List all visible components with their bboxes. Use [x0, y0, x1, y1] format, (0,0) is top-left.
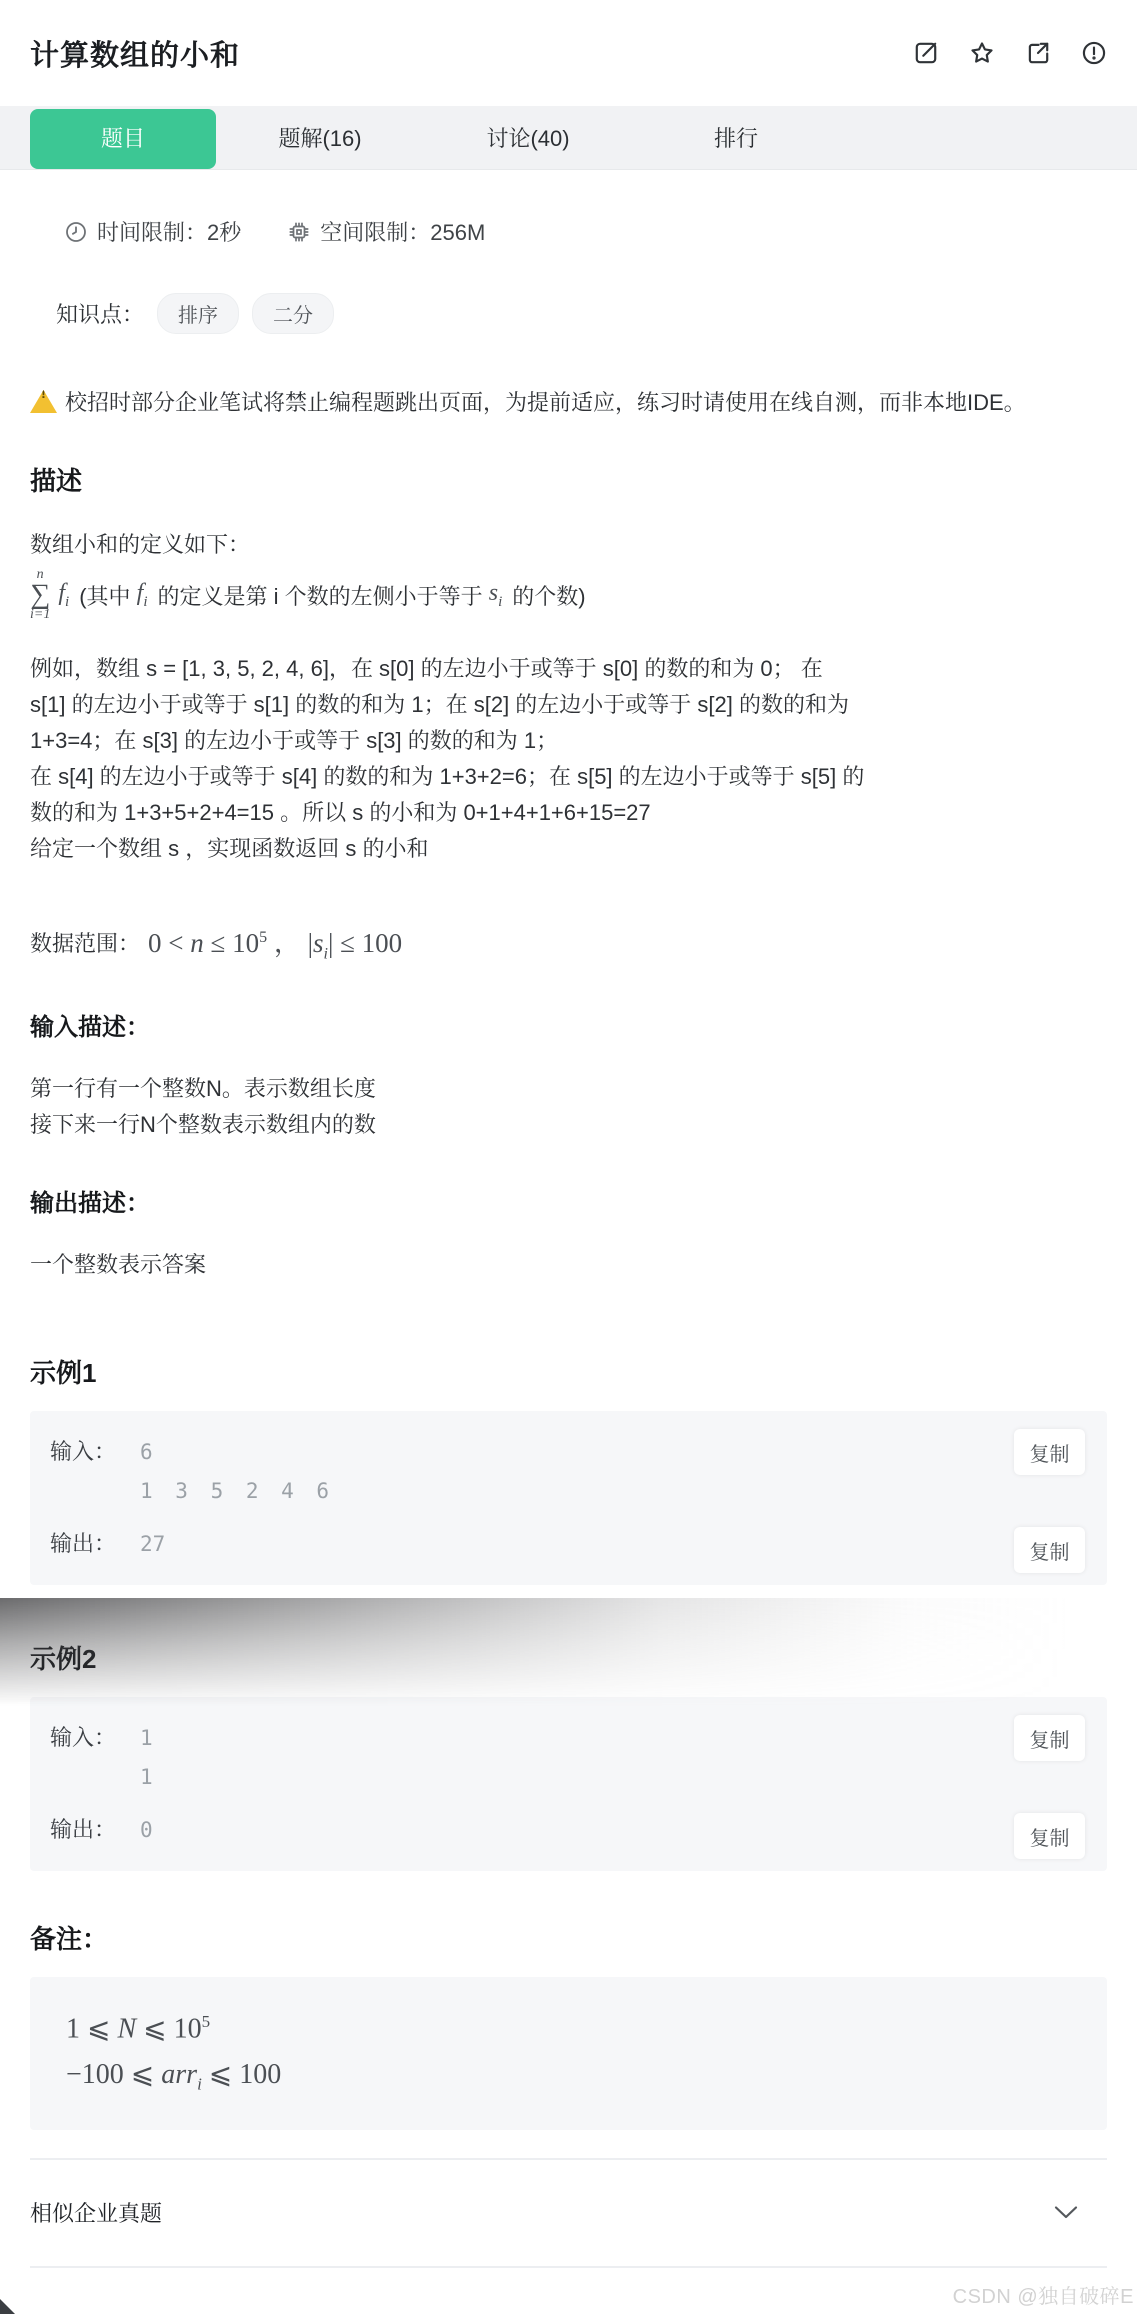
limits-row: 时间限制：2秒 空间限制：256M: [64, 216, 1107, 247]
formula-text-3: 的个数): [512, 580, 585, 611]
watermark-text: CSDN @独自破碎E: [953, 2280, 1134, 2309]
data-range-math: 0 < n ≤ 105 ， |si| ≤ 100: [148, 921, 402, 963]
knowledge-row: 知识点： 排序 二分: [56, 293, 1107, 334]
space-limit-text: 空间限制：256M: [320, 216, 485, 247]
sum-symbol: n ∑ i=1: [30, 568, 50, 621]
description-intro: 数组小和的定义如下：: [30, 527, 1107, 563]
example2-input-row: 输入： 1: [50, 1723, 1085, 1753]
description-line: 数的和为 1+3+5+2+4=15 。所以 s 的小和为 0+1+4+1+6+1…: [30, 795, 1107, 831]
description-paragraph: 例如，数组 s = [1, 3, 5, 2, 4, 6]，在 s[0] 的左边小…: [30, 651, 1107, 867]
example1-box: 输入： 6 1 3 5 2 4 6 输出： 27 复制 复制: [30, 1411, 1107, 1585]
description-line: 1+3=4；在 s[3] 的左边小于或等于 s[3] 的数的和为 1；: [30, 723, 1107, 759]
input-desc-line: 接下来一行N个整数表示数组内的数: [30, 1107, 1107, 1143]
note-line-1: 1 ⩽ N ⩽ 105: [66, 1999, 1071, 2052]
space-limit: 空间限制：256M: [287, 216, 485, 247]
description-line: s[1] 的左边小于或等于 s[1] 的数的和为 1；在 s[2] 的左边小于或…: [30, 687, 1107, 723]
example2-output-value: 0: [140, 1815, 153, 1845]
formula-term: fi: [58, 580, 69, 611]
edit-icon[interactable]: [913, 40, 939, 66]
warning-banner: !校招时部分企业笔试将禁止编程题跳出页面，为提前适应，练习时请使用在线自测，而非…: [30, 384, 1107, 421]
input-label: 输入：: [50, 1437, 140, 1467]
note-line-2: −100 ⩽ arri ⩽ 100: [66, 2052, 1071, 2108]
output-label: 输出：: [50, 1815, 140, 1845]
corner-artifact: [0, 2299, 15, 2314]
note-box: 1 ⩽ N ⩽ 105 −100 ⩽ arri ⩽ 100: [30, 1977, 1107, 2130]
time-limit-text: 时间限制：2秒: [97, 216, 241, 247]
example2-input-value2: 1: [140, 1765, 153, 1789]
example2-input-row2: 1: [140, 1765, 1085, 1789]
tag-binary-search[interactable]: 二分: [252, 293, 334, 334]
copy-output-button[interactable]: 复制: [1014, 1813, 1085, 1859]
chevron-down-icon: [1053, 2205, 1107, 2220]
formula-text-2: 的定义是第 i 个数的左侧小于等于: [157, 580, 482, 611]
example1-heading: 示例1: [30, 1357, 1107, 1389]
star-icon[interactable]: [969, 40, 995, 66]
problem-content: 时间限制：2秒 空间限制：256M 知识点： 排序 二分 !校招时部分企: [0, 216, 1137, 2268]
input-label: 输入：: [50, 1723, 140, 1753]
output-desc-line: 一个整数表示答案: [30, 1247, 1107, 1283]
tab-problem[interactable]: 题目: [30, 109, 216, 169]
info-icon[interactable]: [1081, 40, 1107, 66]
tab-discussion[interactable]: 讨论(40): [424, 122, 632, 153]
clock-icon: [64, 220, 88, 244]
example2-box: 输入： 1 1 输出： 0 复制 复制: [30, 1697, 1107, 1871]
description-line: 例如，数组 s = [1, 3, 5, 2, 4, 6]，在 s[0] 的左边小…: [30, 651, 1107, 687]
note-heading: 备注：: [30, 1923, 1107, 1955]
tab-ranking[interactable]: 排行: [632, 122, 840, 153]
page-title: 计算数组的小和: [30, 33, 240, 74]
example2-input-value: 1: [140, 1723, 153, 1753]
copy-input-button[interactable]: 复制: [1014, 1429, 1085, 1475]
description-line: 在 s[4] 的左边小于或等于 s[4] 的数的和为 1+3+2=6；在 s[5…: [30, 759, 1107, 795]
tab-solutions[interactable]: 题解(16): [216, 122, 424, 153]
time-limit: 时间限制：2秒: [64, 216, 241, 247]
description-heading: 描述: [30, 465, 1107, 497]
warning-text: 校招时部分企业笔试将禁止编程题跳出页面，为提前适应，练习时请使用在线自测，而非本…: [65, 390, 1026, 415]
example1-input-row: 输入： 6: [50, 1437, 1085, 1467]
example1-input-value2: 1 3 5 2 4 6: [140, 1479, 329, 1503]
knowledge-label: 知识点：: [56, 298, 144, 329]
input-desc-line: 第一行有一个整数N。表示数组长度: [30, 1071, 1107, 1107]
formula-text-1: (其中: [79, 580, 130, 611]
description-line: 给定一个数组 s ，实现函数返回 s 的小和: [30, 831, 1107, 867]
output-label: 输出：: [50, 1529, 140, 1559]
example2-heading: 示例2: [30, 1643, 1107, 1675]
share-icon[interactable]: [1025, 40, 1051, 66]
header-actions: [913, 40, 1107, 66]
copy-output-button[interactable]: 复制: [1014, 1527, 1085, 1573]
page-header: 计算数组的小和: [0, 0, 1137, 106]
input-desc-body: 第一行有一个整数N。表示数组长度 接下来一行N个整数表示数组内的数: [30, 1071, 1107, 1143]
example1-output-value: 27: [140, 1529, 165, 1559]
tag-sorting[interactable]: 排序: [157, 293, 239, 334]
input-desc-heading: 输入描述：: [30, 1013, 1107, 1043]
tab-bar: 题目 题解(16) 讨论(40) 排行: [0, 106, 1137, 170]
example1-output-row: 输出： 27: [50, 1529, 1085, 1559]
small-sum-formula: n ∑ i=1 fi (其中 fi 的定义是第 i 个数的左侧小于等于 si 的…: [30, 567, 1107, 623]
divider: [30, 2266, 1107, 2268]
copy-input-button[interactable]: 复制: [1014, 1715, 1085, 1761]
example1-input-value: 6: [140, 1437, 153, 1467]
problem-page: 计算数组的小和: [0, 0, 1137, 2314]
similar-problems-label: 相似企业真题: [30, 2197, 162, 2228]
example2-output-row: 输出： 0: [50, 1815, 1085, 1845]
similar-problems-row[interactable]: 相似企业真题: [30, 2160, 1107, 2266]
output-desc-heading: 输出描述：: [30, 1189, 1107, 1219]
formula-term-3: si: [489, 580, 503, 611]
formula-term-2: fi: [137, 580, 148, 611]
warning-icon: !: [30, 390, 57, 413]
chip-icon: [287, 220, 311, 244]
data-range-label: 数据范围：: [30, 927, 140, 958]
data-range-row: 数据范围： 0 < n ≤ 105 ， |si| ≤ 100: [30, 919, 1107, 965]
example1-input-row2: 1 3 5 2 4 6: [140, 1479, 1085, 1503]
